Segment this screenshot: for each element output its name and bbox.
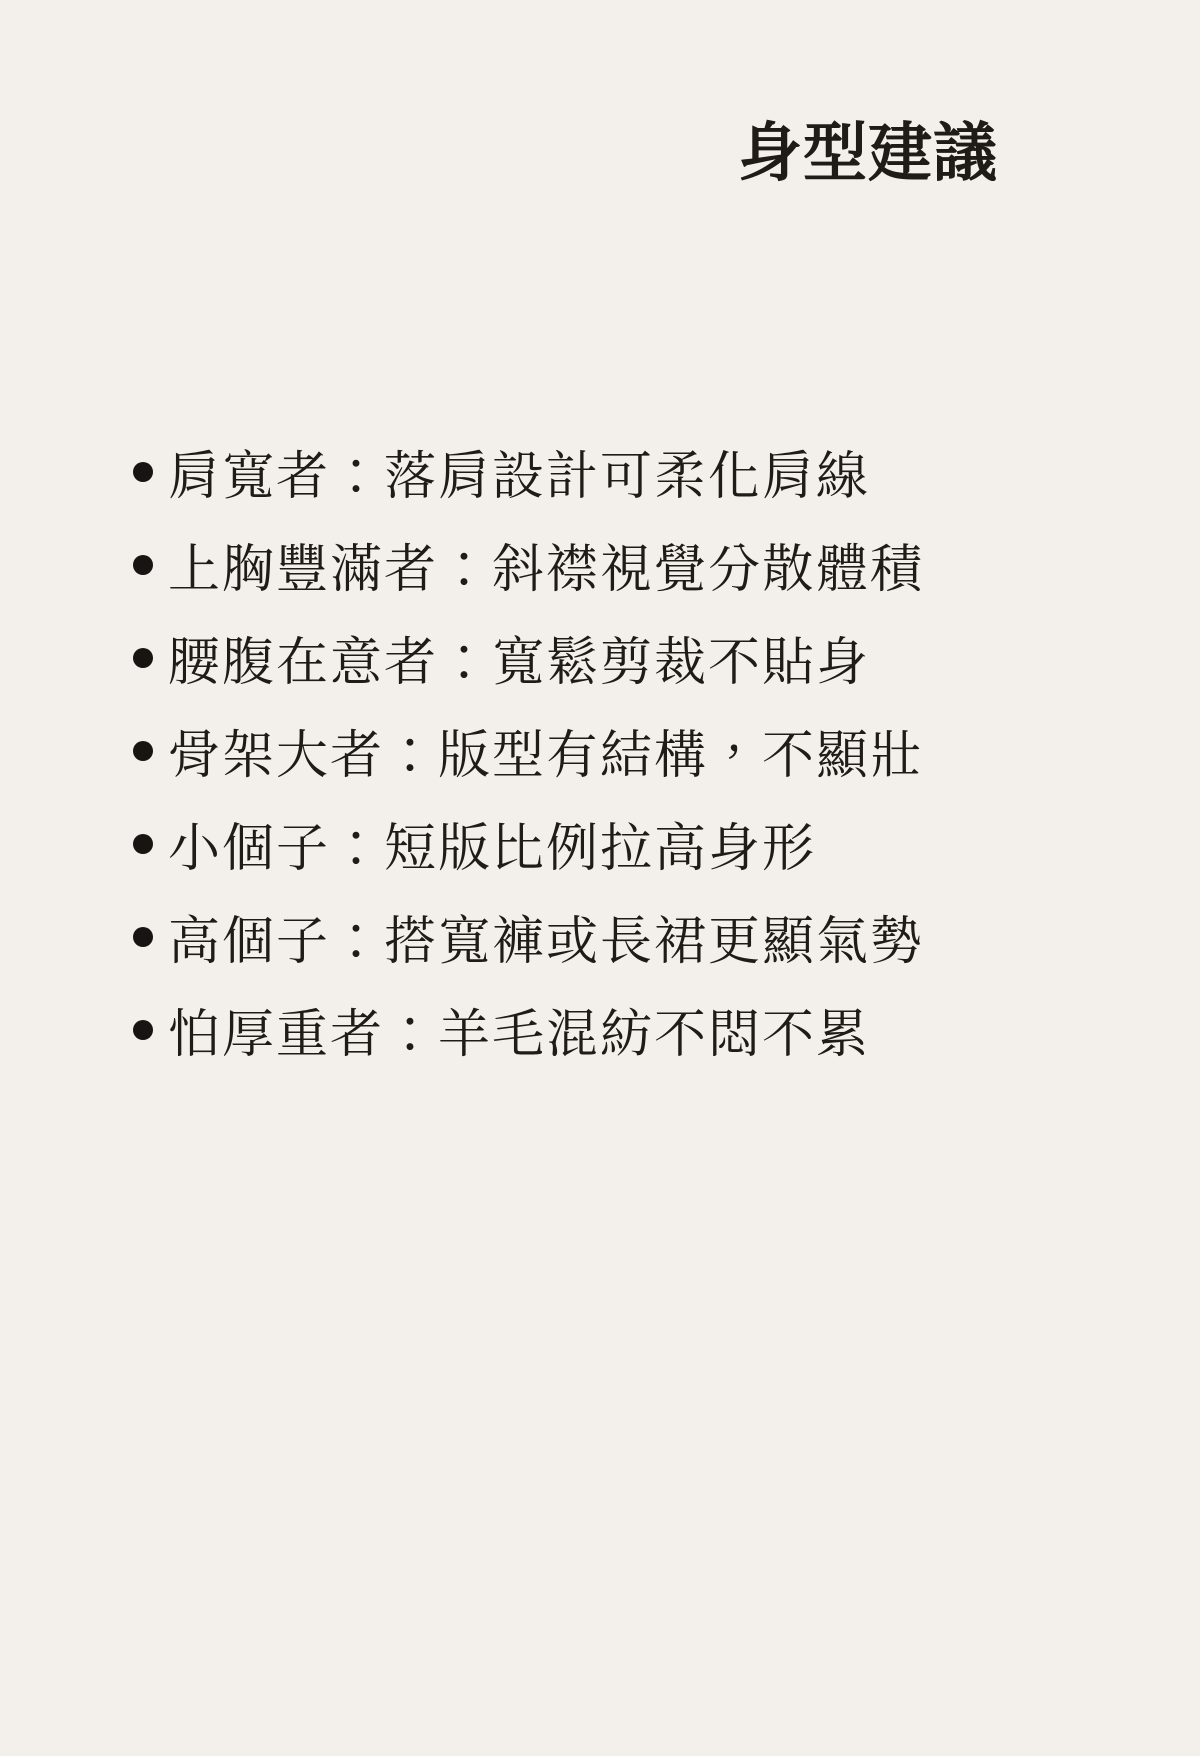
list-item: 小個子：短版比例拉高身形 (133, 797, 1093, 890)
bullet-icon (133, 927, 153, 947)
bullet-icon (133, 462, 153, 482)
list-item-text: 上胸豐滿者：斜襟視覺分散體積 (168, 527, 924, 602)
advice-list: 肩寬者：落肩設計可柔化肩線 上胸豐滿者：斜襟視覺分散體積 腰腹在意者：寬鬆剪裁不… (133, 425, 1093, 1076)
list-item: 腰腹在意者：寬鬆剪裁不貼身 (133, 611, 1093, 704)
list-item-text: 骨架大者：版型有結構，不顯壯 (168, 713, 924, 788)
list-item: 上胸豐滿者：斜襟視覺分散體積 (133, 518, 1093, 611)
list-item-text: 小個子：短版比例拉高身形 (168, 806, 816, 881)
bullet-icon (133, 555, 153, 575)
list-item: 肩寬者：落肩設計可柔化肩線 (133, 425, 1093, 518)
list-item-text: 腰腹在意者：寬鬆剪裁不貼身 (168, 620, 870, 695)
list-item-text: 肩寬者：落肩設計可柔化肩線 (168, 434, 870, 509)
list-item: 骨架大者：版型有結構，不顯壯 (133, 704, 1093, 797)
bullet-icon (133, 741, 153, 761)
page-title: 身型建議 (738, 118, 998, 192)
bullet-icon (133, 1020, 153, 1040)
list-item-text: 怕厚重者：羊毛混紡不悶不累 (168, 992, 870, 1067)
page: 身型建議 肩寬者：落肩設計可柔化肩線 上胸豐滿者：斜襟視覺分散體積 腰腹在意者：… (0, 0, 1200, 1756)
list-item-text: 高個子：搭寬褲或長裙更顯氣勢 (168, 899, 924, 974)
list-item: 怕厚重者：羊毛混紡不悶不累 (133, 983, 1093, 1076)
bullet-icon (133, 648, 153, 668)
list-item: 高個子：搭寬褲或長裙更顯氣勢 (133, 890, 1093, 983)
bullet-icon (133, 834, 153, 854)
